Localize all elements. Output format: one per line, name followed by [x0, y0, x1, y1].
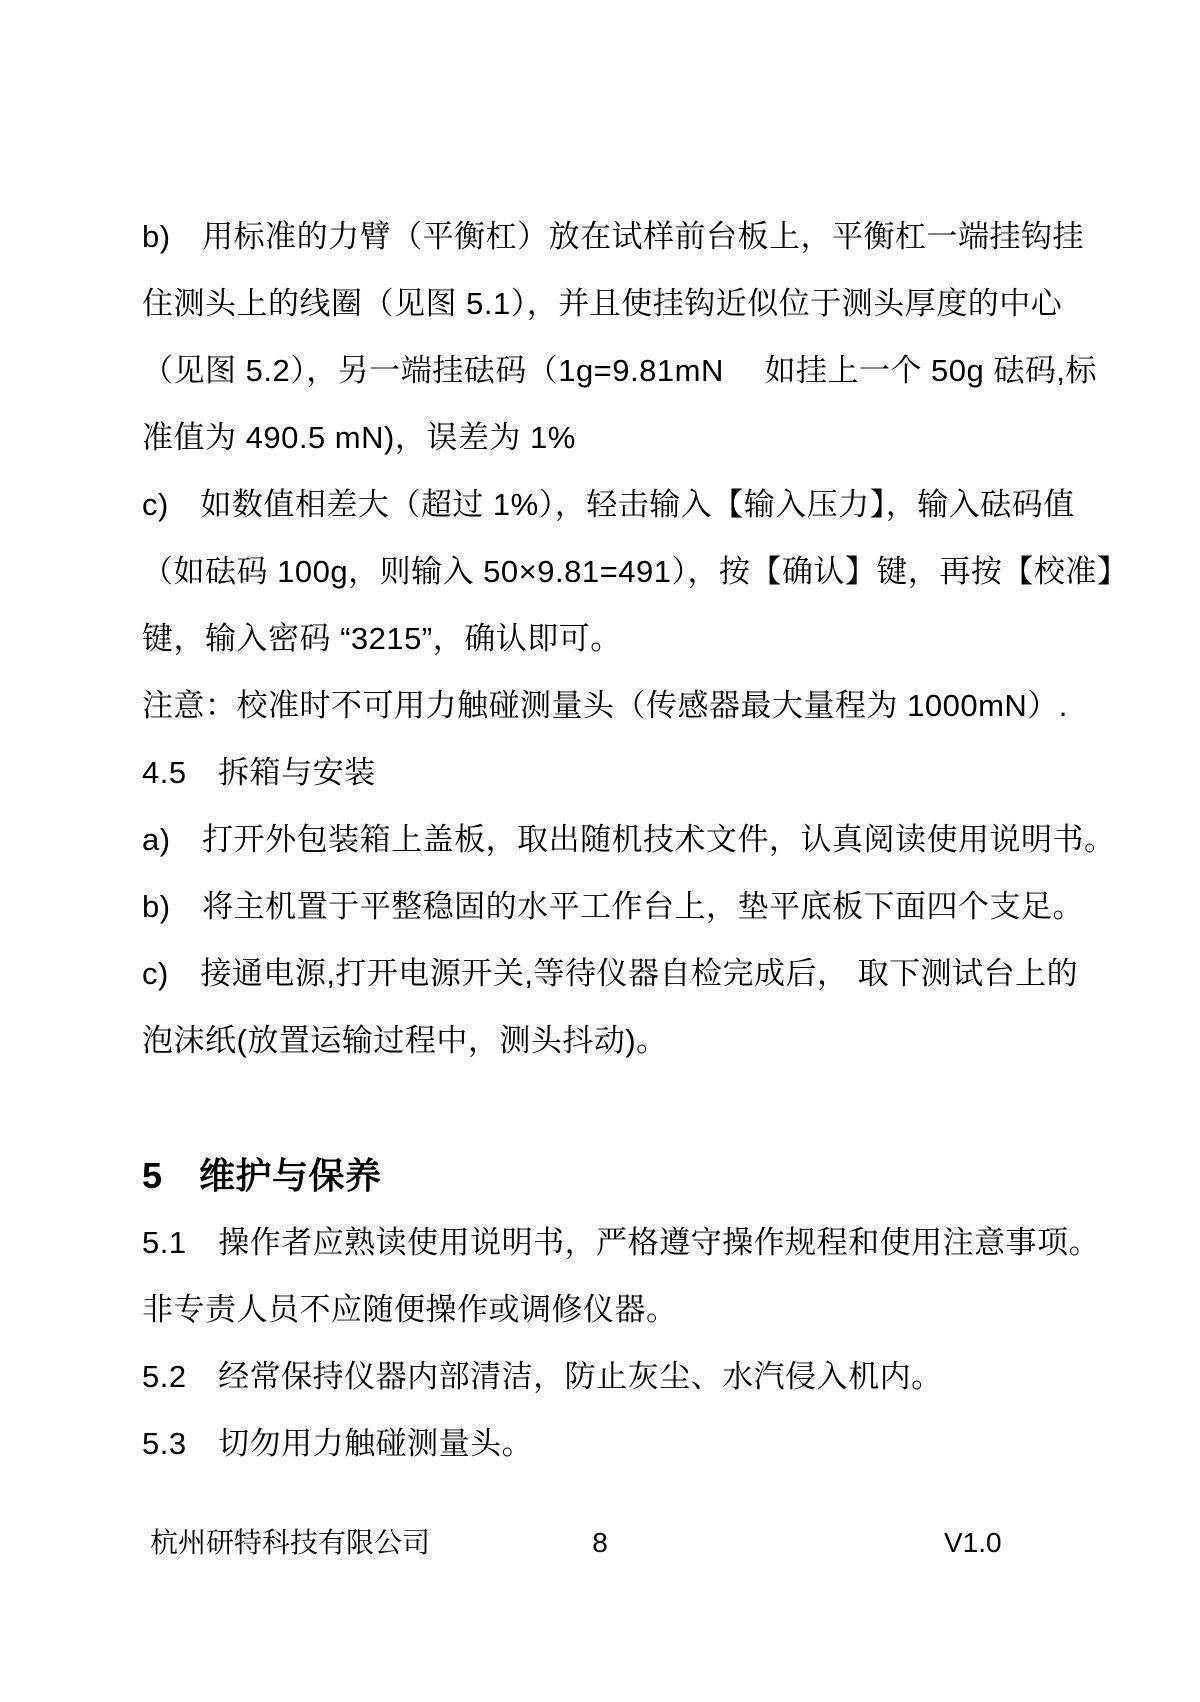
- calibration-step-b-line-1: b) 用标准的力臂（平衡杠）放在试样前台板上，平衡杠一端挂钩挂: [142, 203, 1072, 270]
- blank-line: [142, 1074, 1072, 1142]
- footer-version: V1.0: [944, 1522, 1002, 1564]
- maintenance-item-5-1-line-2: 非专责人员不应随便操作或调修仪器。: [142, 1276, 1072, 1343]
- section-5-heading: 5 维护与保养: [142, 1142, 1072, 1209]
- calibration-step-c-line-3: 键，输入密码 “3215”，确认即可。: [142, 605, 1072, 672]
- calibration-step-b-line-4: 准值为 490.5 mN)，误差为 1%: [142, 404, 1072, 471]
- maintenance-item-5-2: 5.2 经常保持仪器内部清洁，防止灰尘、水汽侵入机内。: [142, 1343, 1072, 1410]
- calibration-step-b-line-3: （见图 5.2），另一端挂砝码（1g=9.81mN 如挂上一个 50g 砝码,标: [142, 337, 1072, 404]
- calibration-step-c-line-1: c) 如数值相差大（超过 1%），轻击输入【输入压力】，输入砝码值: [142, 471, 1072, 538]
- unpacking-step-c-line-2: 泡沫纸(放置运输过程中，测头抖动)。: [142, 1007, 1072, 1074]
- subsection-4-5-heading: 4.5 拆箱与安装: [142, 739, 1072, 806]
- document-body: b) 用标准的力臂（平衡杠）放在试样前台板上，平衡杠一端挂钩挂 住测头上的线圈（…: [142, 203, 1072, 1477]
- unpacking-step-b: b) 将主机置于平整稳固的水平工作台上，垫平底板下面四个支足。: [142, 873, 1072, 940]
- manual-page: b) 用标准的力臂（平衡杠）放在试样前台板上，平衡杠一端挂钩挂 住测头上的线圈（…: [0, 0, 1200, 1702]
- page-footer: 杭州研特科技有限公司 8 V1.0: [0, 1522, 1200, 1564]
- footer-page-number: 8: [0, 1522, 1200, 1564]
- maintenance-item-5-1: 5.1 操作者应熟读使用说明书，严格遵守操作规程和使用注意事项。: [142, 1209, 1072, 1276]
- unpacking-step-a: a) 打开外包装箱上盖板，取出随机技术文件，认真阅读使用说明书。: [142, 806, 1072, 873]
- calibration-step-b-line-2: 住测头上的线圈（见图 5.1），并且使挂钩近似位于测头厚度的中心: [142, 270, 1072, 337]
- calibration-note: 注意：校准时不可用力触碰测量头（传感器最大量程为 1000mN）.: [142, 672, 1072, 739]
- unpacking-step-c-line-1: c) 接通电源,打开电源开关,等待仪器自检完成后， 取下测试台上的: [142, 940, 1072, 1007]
- maintenance-item-5-3: 5.3 切勿用力触碰测量头。: [142, 1410, 1072, 1477]
- calibration-step-c-line-2: （如砝码 100g，则输入 50×9.81=491），按【确认】键，再按【校准】: [142, 538, 1072, 605]
